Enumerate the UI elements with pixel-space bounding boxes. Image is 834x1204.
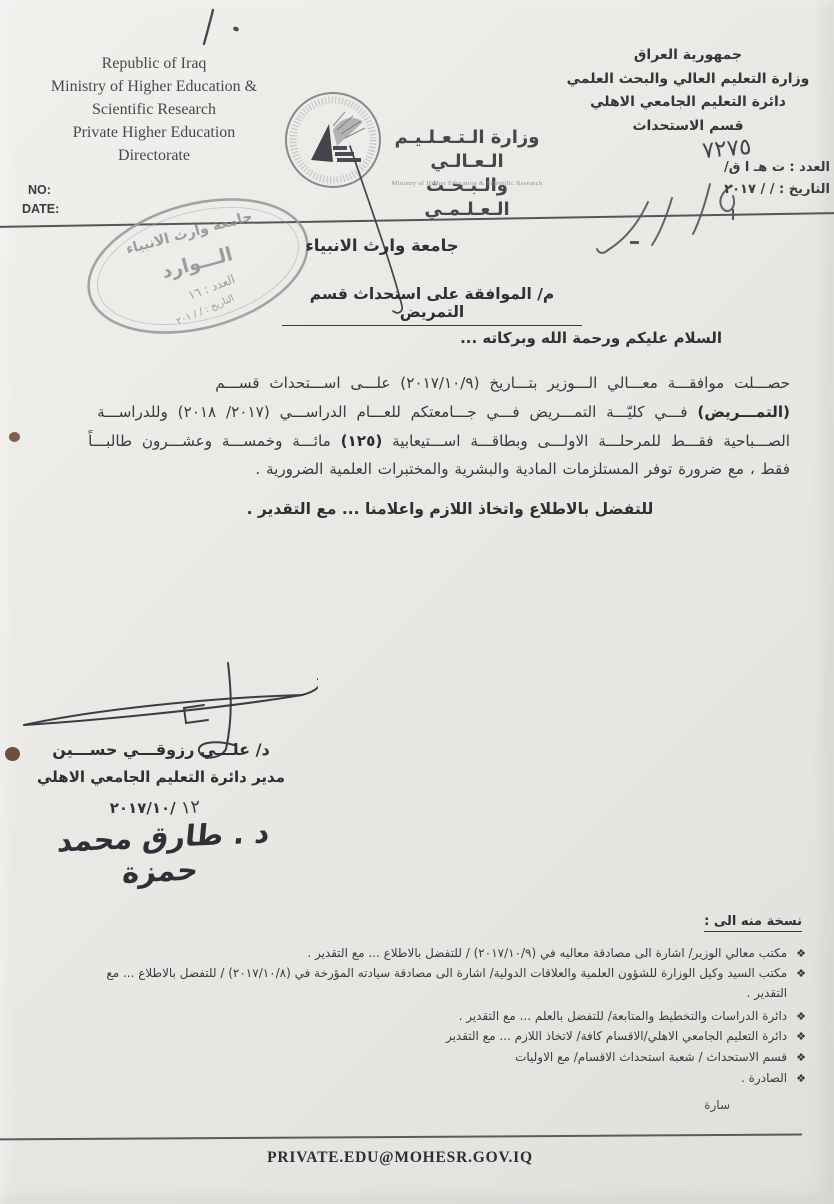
diamond-bullet-icon: ❖: [796, 1069, 806, 1089]
body-line-1: حصـــلت موافقـــة معـــالي الـــوزير بتـ…: [42, 374, 790, 392]
scanned-letter-page: Republic of Iraq Ministry of Higher Educ…: [0, 0, 834, 1204]
body-line-2: (التمـــريض) فـــي كليّـــة التمـــريض ف…: [42, 403, 790, 421]
salutation: السلام عليكم ورحمة الله وبركاته ...: [460, 329, 722, 347]
date-label-en: DATE:: [22, 202, 59, 216]
no-label: NO:: [28, 183, 51, 197]
letterhead-en-line: Ministry of Higher Education &: [8, 75, 300, 98]
signer-title: مدير دائرة التعليم الجامعي الاهلي: [22, 768, 300, 786]
body-line-3: الصـــباحية فقـــط للمرحلـــة الاولـــى …: [42, 432, 790, 450]
punch-hole: [9, 432, 20, 442]
copy-item: ❖مكتب معالي الوزير/ اشارة الى مصادقة معا…: [28, 944, 806, 964]
closing-line: للتفضل بالاطلاع واتخاذ اللازم واعلامنا .…: [205, 500, 695, 518]
letterhead-ar-line: وزارة التعليم العالي والبحث العلمي: [540, 68, 834, 92]
letterhead-ar-line: قسم الاستحداث: [540, 115, 834, 139]
diamond-bullet-icon: ❖: [796, 964, 806, 984]
footer-rule: [0, 1134, 802, 1141]
clerk-name: سارة: [704, 1098, 730, 1112]
recipient-university: جامعة وارث الانبياء: [272, 236, 492, 255]
subject-line: م/ الموافقة على استحداث قسم التمريض: [282, 285, 582, 326]
signature-date: ٢٠١٧/١٠/ ١٢: [50, 797, 260, 818]
handwritten-ref-number: ٧٢٧٥: [701, 134, 752, 164]
body-bold-capacity: (١٢٥): [341, 432, 383, 450]
diamond-bullet-icon: ❖: [796, 944, 806, 964]
body-bold-nursing: (التمـــريض): [697, 403, 790, 421]
letterhead-arabic: جمهورية العراق وزارة التعليم العالي والب…: [540, 44, 834, 138]
pen-tick: [732, 209, 734, 220]
letterhead-ar-line: دائرة التعليم الجامعي الاهلي: [540, 91, 834, 115]
copy-item: ❖قسم الاستحداث / شعبة استحداث الاقسام/ م…: [28, 1048, 806, 1068]
diamond-bullet-icon: ❖: [796, 1007, 806, 1027]
copy-item: ❖مكتب السيد وكيل الوزارة للشؤون العلمية …: [28, 964, 806, 1003]
footer-email: PRIVATE.EDU@MOHESR.GOV.IQ: [120, 1149, 680, 1167]
body-line-4: فقط ، مع ضرورة توفر المستلزمات المادية و…: [42, 460, 790, 478]
letterhead-en-line: Scientific Research: [8, 98, 300, 121]
handwritten-day: ١٢: [180, 796, 201, 819]
copies-header: نسخة منه الى :: [704, 914, 802, 932]
letterhead-english: Republic of Iraq Ministry of Higher Educ…: [8, 52, 300, 167]
diamond-bullet-icon: ❖: [796, 1048, 806, 1068]
handwritten-signature-name: د . طارق محمد حمزة: [25, 814, 299, 894]
copy-item: ❖دائرة التعليم الجامعي الاهلي/الاقسام كا…: [28, 1027, 806, 1047]
incoming-stamp: جامعة وارث الانبياء الـــوارد العدد : ١٦…: [64, 167, 332, 364]
stamp-university: جامعة وارث الانبياء: [124, 209, 254, 258]
letterhead-en-line: Republic of Iraq: [8, 52, 300, 75]
diamond-bullet-icon: ❖: [796, 1027, 806, 1047]
copy-item: ❖دائرة الدراسات والتخطيط والمتابعة/ للتف…: [28, 1007, 806, 1027]
letterhead-en-line: Private Higher Education: [8, 121, 300, 144]
pen-dash: [630, 241, 639, 244]
copy-item: ❖الصادرة .: [28, 1069, 806, 1089]
signer-name: د/ علـــي رزوقـــي حســـين: [30, 740, 292, 759]
pen-mark: [195, 4, 255, 50]
letterhead-ar-line: جمهورية العراق: [540, 44, 834, 68]
letterhead-en-line: Directorate: [8, 144, 300, 167]
